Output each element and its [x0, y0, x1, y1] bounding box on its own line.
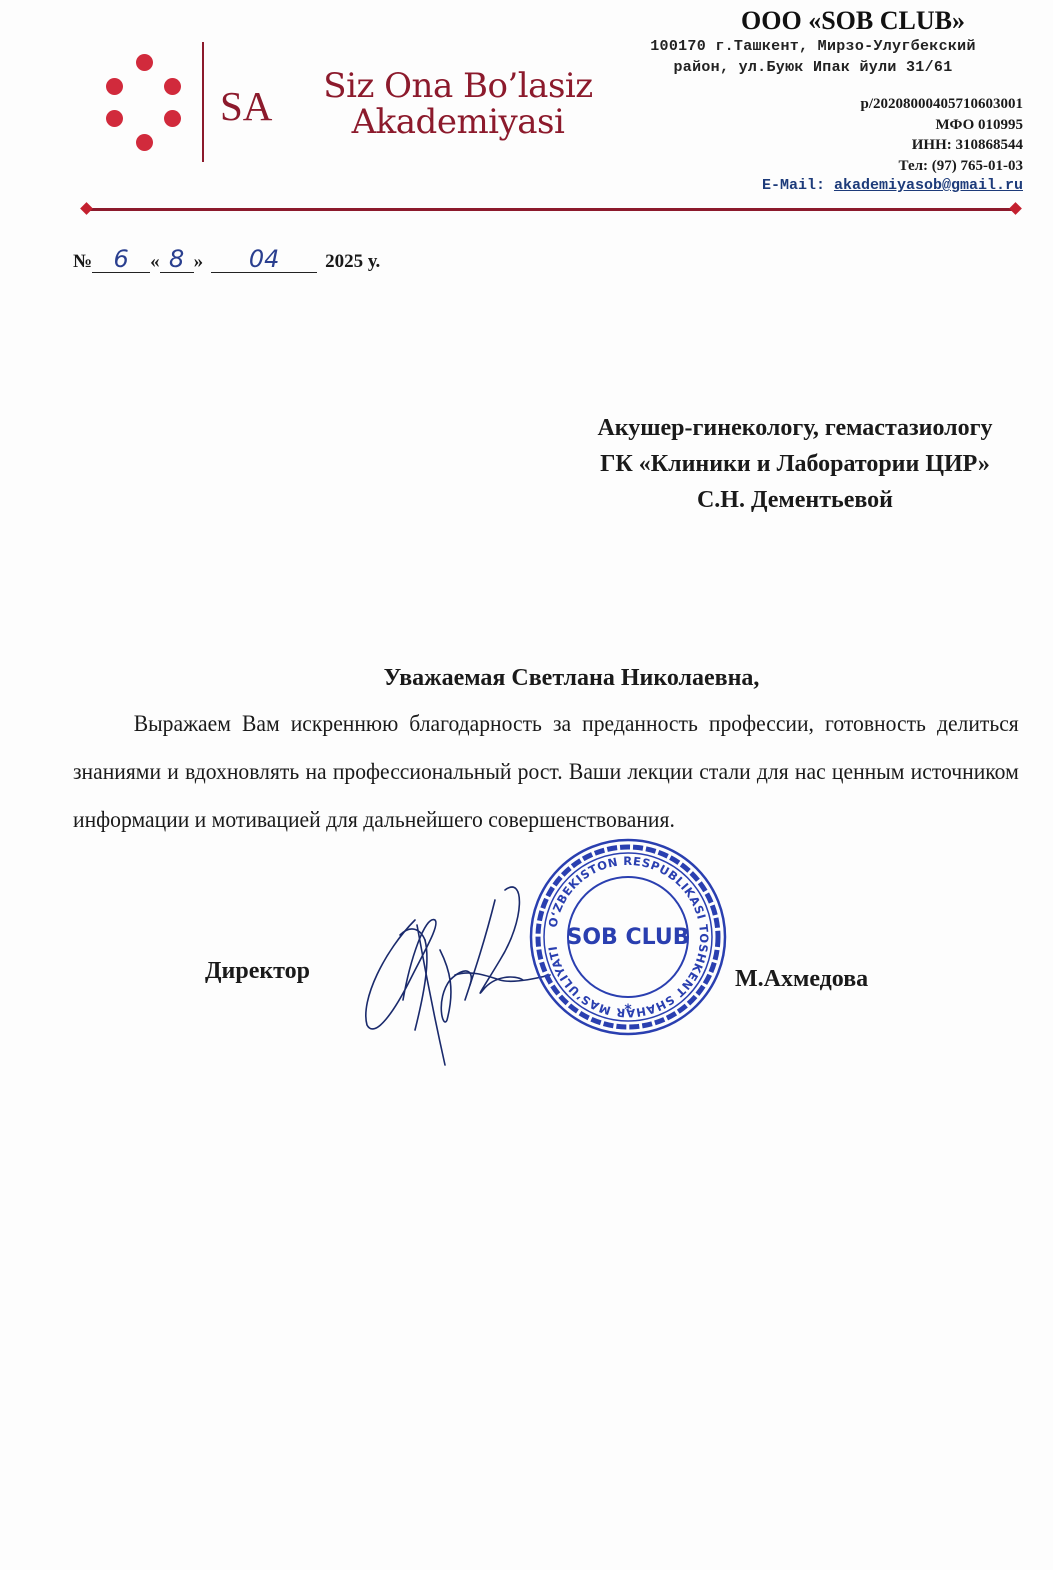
company-details: р/20208000405710603001 МФО 010995 ИНН: 3…: [762, 94, 1023, 197]
reference-line: № 6 « 8 » 04 2025 у.: [73, 246, 380, 273]
document-number: 6: [92, 246, 150, 273]
email-line: E-Mail: akademiyasob@gmail.ru: [762, 176, 1023, 197]
signatory-title: Директор: [205, 958, 310, 985]
date-year: 2025 у.: [325, 251, 380, 273]
bank-account: р/20208000405710603001: [762, 94, 1023, 115]
stamp-center-text: SOB CLUB: [567, 925, 690, 950]
email-link[interactable]: akademiyasob@gmail.ru: [834, 177, 1023, 194]
handwritten-signature-icon: [355, 880, 555, 1070]
company-header: ООО «SOB CLUB» 100170 г.Ташкент, Мирзо-У…: [603, 6, 1023, 78]
quote-open: «: [150, 251, 160, 273]
number-prefix: №: [73, 251, 92, 273]
dots-circle-icon: [100, 54, 190, 154]
diamond-left-icon: [80, 202, 93, 215]
addressee-organization: ГК «Клиники и Лаборатории ЦИР»: [560, 446, 1030, 482]
letter-page: SA Siz Ona Bo’lasiz Akademiyasi ООО «SOB…: [0, 0, 1053, 1570]
logo-name-line2: Akademiyasi: [308, 104, 608, 140]
stamp-star-icon: *: [624, 1002, 632, 1018]
addressee-position: Акушер-гинекологу, гемастазиологу: [560, 410, 1030, 446]
company-stamp: O‘ZBEKISTON RESPUBLIKASI TOSHKENT SHAHAR…: [527, 836, 729, 1038]
inn-number: ИНН: 310868544: [762, 135, 1023, 156]
salutation: Уважаемая Светлана Николаевна,: [0, 665, 1053, 692]
quote-close: »: [194, 251, 204, 273]
academy-logo: SA Siz Ona Bo’lasiz Akademiyasi: [100, 40, 620, 170]
diamond-right-icon: [1009, 202, 1022, 215]
date-day: 8: [160, 246, 194, 273]
header-separator: [86, 208, 1016, 211]
addressee-block: Акушер-гинекологу, гемастазиологу ГК «Кл…: [560, 410, 1030, 518]
date-month: 04: [211, 246, 317, 273]
mfo-code: МФО 010995: [762, 115, 1023, 136]
letter-body: Выражаем Вам искреннюю благодарность за …: [73, 700, 1019, 844]
signatory-name: М.Ахмедова: [735, 966, 868, 993]
email-label: E-Mail:: [762, 177, 834, 194]
logo-divider: [202, 42, 204, 162]
company-title: ООО «SOB CLUB»: [643, 6, 1053, 36]
logo-name-line1: Siz Ona Bo’lasiz: [308, 68, 608, 104]
logo-name: Siz Ona Bo’lasiz Akademiyasi: [308, 68, 608, 140]
company-address-line2: район, ул.Буюк Ипак йули 31/61: [603, 57, 1023, 78]
phone-number: Тел: (97) 765-01-03: [762, 156, 1023, 177]
addressee-name: С.Н. Дементьевой: [560, 482, 1030, 518]
company-address-line1: 100170 г.Ташкент, Мирзо-Улугбекский: [603, 36, 1023, 57]
logo-monogram: SA: [220, 82, 272, 130]
